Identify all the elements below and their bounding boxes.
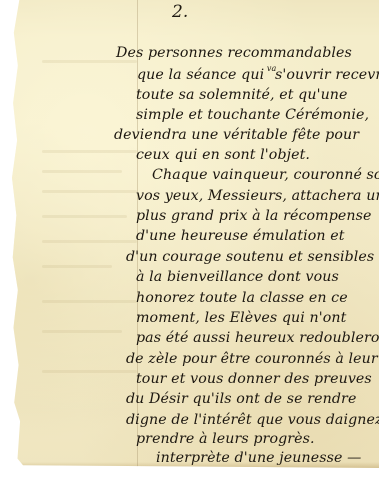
- bleed-through-ink: [42, 300, 137, 303]
- manuscript-line: de zèle pour être couronnés à leur: [126, 352, 378, 366]
- bleed-through-ink: [42, 240, 137, 243]
- manuscript-page: 2. Des personnes recommandables que la s…: [12, 0, 379, 468]
- manuscript-line: Chaque vainqueur, couronné sous: [152, 168, 379, 182]
- manuscript-line: prendre à leurs progrès.: [136, 432, 315, 446]
- manuscript-line: pas été aussi heureux redoubleront: [136, 331, 379, 345]
- manuscript-line: à la bienveillance dont vous: [136, 270, 339, 284]
- manuscript-line: interprète d'une jeunesse —: [156, 451, 361, 465]
- bleed-through-ink: [42, 370, 137, 373]
- manuscript-line: moment, les Elèves qui n'ont: [136, 311, 346, 325]
- bleed-through-ink: [42, 190, 137, 193]
- manuscript-line: honorez toute la classe en ce: [136, 291, 348, 305]
- manuscript-line: tour et vous donner des preuves: [136, 372, 372, 386]
- bleed-through-ink: [42, 265, 112, 268]
- manuscript-line: toute sa solemnité, et qu'une: [136, 88, 348, 102]
- manuscript-line: digne de l'intérêt que vous daignez: [126, 413, 379, 427]
- manuscript-line: ceux qui en sont l'objet.: [136, 148, 310, 162]
- manuscript-line: deviendra une véritable fête pour: [114, 128, 359, 142]
- line-text: s'ouvrir recevra: [275, 67, 379, 83]
- manuscript-line: Des personnes recommandables: [116, 46, 352, 60]
- manuscript-line: vos yeux, Messieurs, attachera un: [136, 189, 379, 203]
- line-text: que la séance qui: [137, 67, 264, 83]
- manuscript-line: d'un courage soutenu et sensibles: [126, 250, 374, 264]
- manuscript-line: plus grand prix à la récompense: [136, 209, 372, 223]
- manuscript-line: du Désir qu'ils ont de se rendre: [126, 392, 356, 406]
- bleed-through-ink: [42, 215, 127, 218]
- interlinear-insertion: va: [267, 64, 277, 73]
- bleed-through-ink: [42, 170, 122, 173]
- manuscript-line: que la séance qui va s'ouvrir recevra: [137, 68, 379, 82]
- page-number: 2.: [172, 2, 188, 22]
- bleed-through-ink: [42, 150, 137, 153]
- manuscript-line: simple et touchante Cérémonie,: [136, 108, 369, 122]
- manuscript-line: d'une heureuse émulation et: [136, 229, 345, 243]
- bleed-through-ink: [42, 330, 122, 333]
